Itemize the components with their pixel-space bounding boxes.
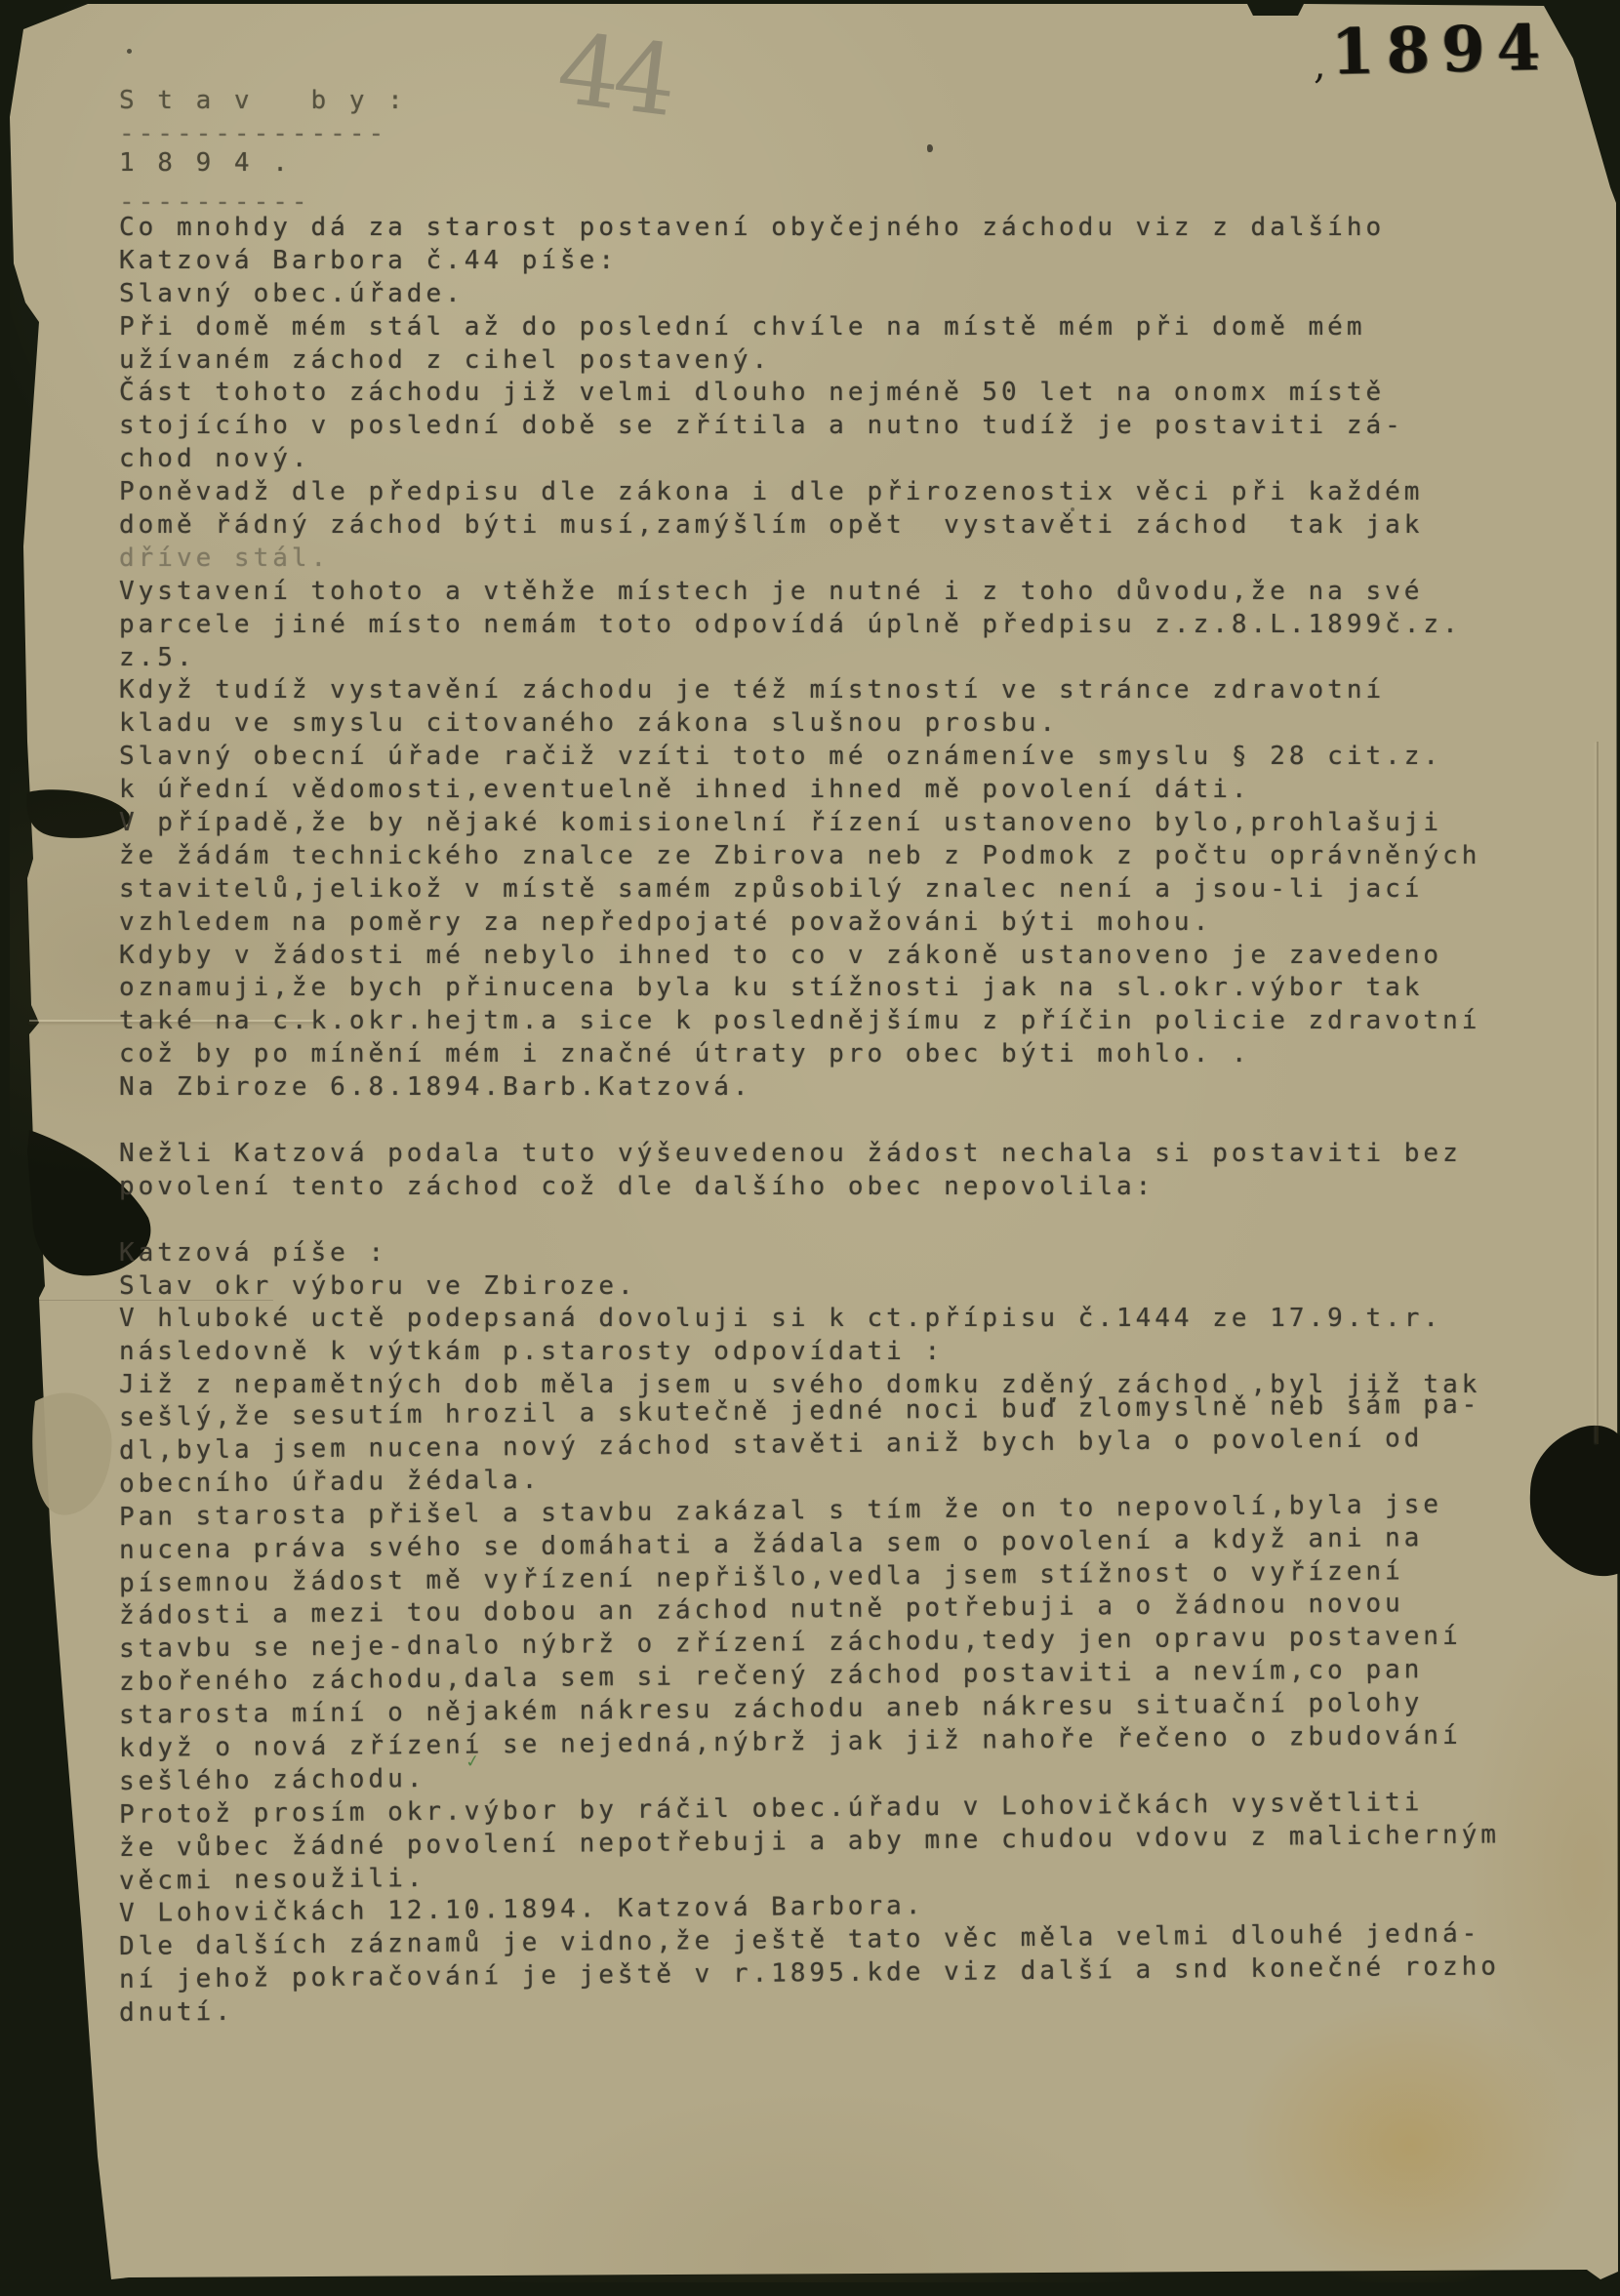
text-line: Slavný obec.úřade. <box>119 278 1583 311</box>
text-line: Slav okr výboru ve Zbiroze. <box>119 1270 1583 1304</box>
pencil-note: 44 <box>551 11 677 138</box>
year-stamp: 1894 <box>1330 12 1553 90</box>
text-line: Při domě mém stál až do poslední chvíle … <box>119 311 1583 344</box>
text-line: oznamuji,že bych přinucena byla ku stížn… <box>119 972 1583 1005</box>
header-year: 1 8 9 4 . <box>119 148 292 178</box>
text-line: že žádám technického znalce ze Zbirova n… <box>119 840 1583 873</box>
scanned-document: , 1894 44 S t a v b y : -------------- 1… <box>0 0 1620 2296</box>
text-line: z.5. <box>119 642 1583 675</box>
text-line: Vystavení tohoto a vtěhže místech je nut… <box>119 576 1583 609</box>
text-line: stavitelů,jelikož v místě samém způsobil… <box>119 873 1583 906</box>
text-line: kladu ve smyslu citovaného zákona slušno… <box>119 707 1583 741</box>
text-line: což by po mínění mém i značné útraty pro… <box>119 1038 1583 1071</box>
text-line: užívaném záchod z cihel postavený. <box>119 344 1583 378</box>
ink-speck <box>927 144 933 152</box>
text-line: Když tudíž vystavění záchodu je též míst… <box>119 674 1583 707</box>
stamp-tick-mark: , <box>1314 43 1326 88</box>
text-line <box>119 1105 1583 1138</box>
text-line: chod nový. <box>119 443 1583 476</box>
text-line: následovně k výtkám p.starosty odpovídat… <box>119 1336 1583 1369</box>
text-line: Slavný obecní úřade račiž vzíti toto mé … <box>119 741 1583 774</box>
text-line: vzhledem na poměry za nepředpojaté považ… <box>119 906 1583 940</box>
text-line: Část tohoto záchodu již velmi dlouho nej… <box>119 377 1583 410</box>
text-line: Nežli Katzová podala tuto výšeuvedenou ž… <box>119 1138 1583 1171</box>
text-line: Na Zbiroze 6.8.1894.Barb.Katzová. <box>119 1071 1583 1105</box>
text-line: Katzová píše : <box>119 1237 1583 1270</box>
text-line: dříve stál. <box>119 543 1583 576</box>
text-line: V hluboké uctě podepsaná dovoluji si k c… <box>119 1303 1583 1336</box>
text-line: povolení tento záchod což dle dalšího ob… <box>119 1171 1583 1204</box>
text-line <box>119 1204 1583 1237</box>
text-line: Co mnohdy dá za starost postavení obyčej… <box>119 212 1583 245</box>
text-line: Katzová Barbora č.44 píše: <box>119 245 1583 278</box>
text-line: domě řádný záchod býti musí,zamýšlím opě… <box>119 509 1583 543</box>
text-line: parcele jiné místo nemám toto odpovídá ú… <box>119 609 1583 642</box>
text-line: k úřední vědomosti,eventuelně ihned ihne… <box>119 774 1583 807</box>
text-line: Poněvadž dle předpisu dle zákona i dle p… <box>119 476 1583 509</box>
text-line: Kdyby v žádosti mé nebylo ihned to co v … <box>119 940 1583 973</box>
ink-speck <box>127 49 132 54</box>
typewritten-text: Co mnohdy dá za starost postavení obyčej… <box>119 212 1583 2031</box>
header-divider: -------------- <box>119 119 387 148</box>
header-title: S t a v b y : <box>119 86 407 115</box>
text-line: stojícího v poslední době se zřítila a n… <box>119 410 1583 443</box>
text-line: V případě,že by nějaké komisionelní říze… <box>119 807 1583 840</box>
text-line: také na c.k.okr.hejtm.a sice k posledněj… <box>119 1005 1583 1038</box>
